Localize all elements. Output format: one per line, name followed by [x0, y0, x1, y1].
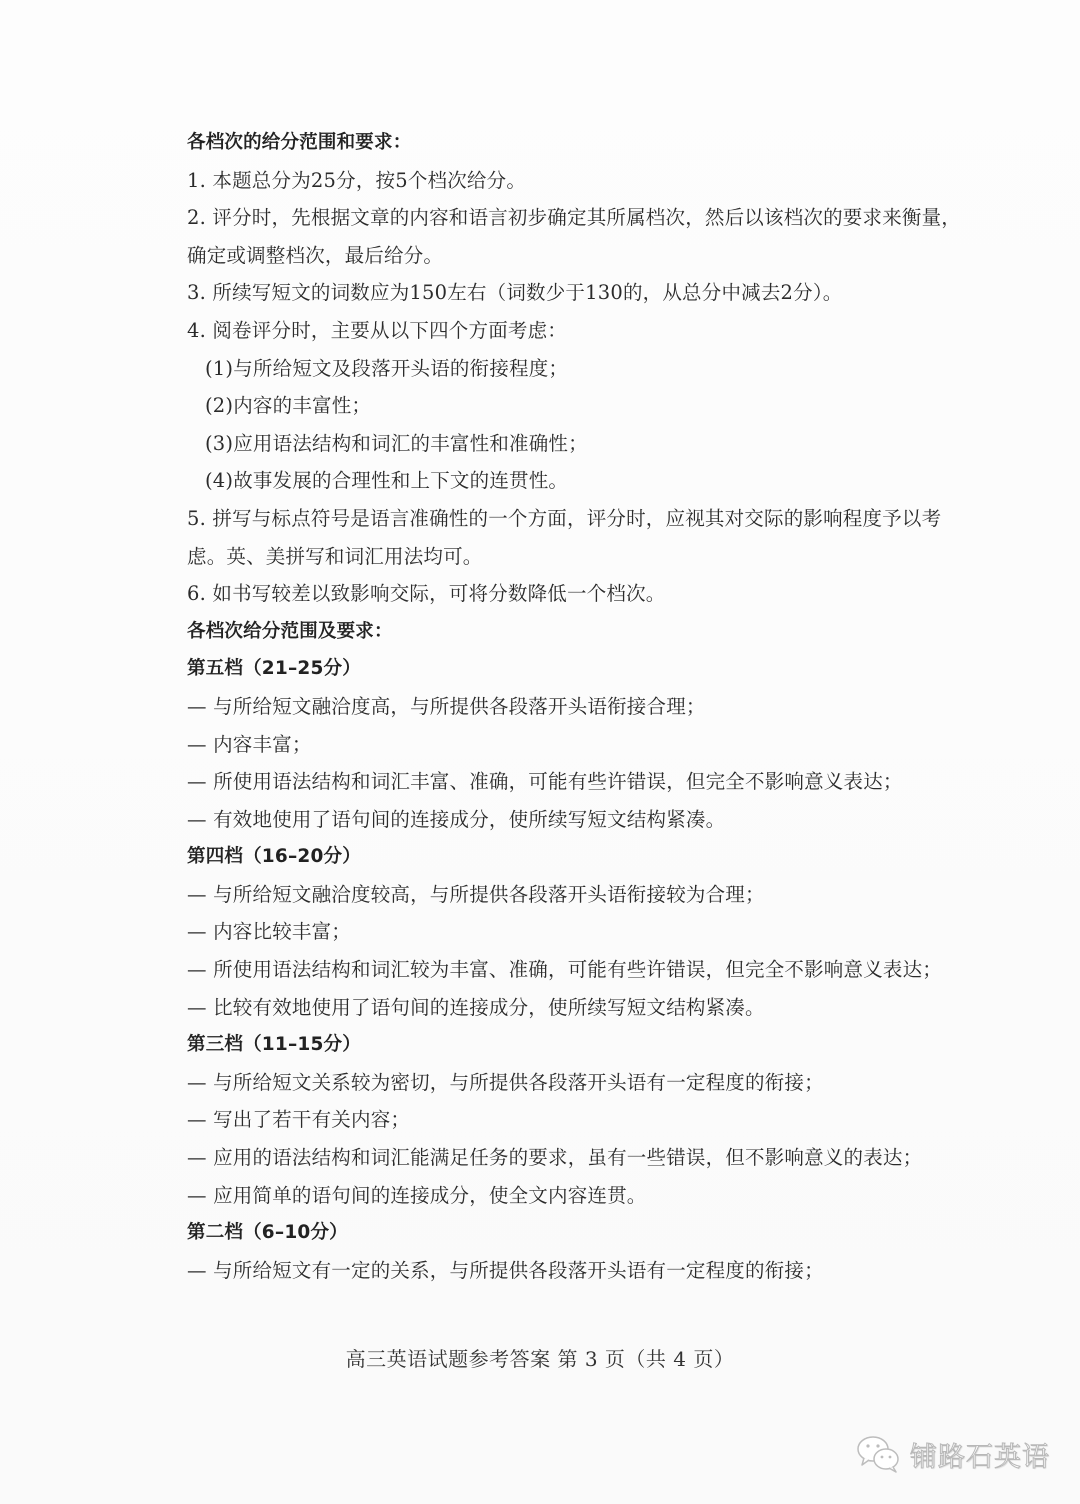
grade-criterion: — 写出了若干有关内容；: [187, 1101, 987, 1139]
rule-item-continuation: 确定或调整档次，最后给分。: [187, 237, 987, 275]
grade-criterion: — 应用简单的语句间的连接成分，使全文内容连贯。: [187, 1177, 987, 1215]
grade-criterion: — 有效地使用了语句间的连接成分，使所续写短文结构紧凑。: [187, 801, 987, 839]
rule-item: 4. 阅卷评分时，主要从以下四个方面考虑：: [187, 312, 987, 350]
grade-criterion: — 应用的语法结构和词汇能满足任务的要求，虽有一些错误，但不影响意义的表达；: [187, 1139, 987, 1177]
grade-criterion: — 所使用语法结构和词汇丰富、准确，可能有些许错误，但完全不影响意义表达；: [187, 763, 987, 801]
grade-criterion: — 与所给短文融洽度较高，与所提供各段落开头语衔接较为合理；: [187, 876, 987, 914]
grade-heading-4: 第四档（16–20分）: [187, 838, 987, 876]
sub-criterion: (3)应用语法结构和词汇的丰富性和准确性；: [187, 425, 987, 463]
rule-item-continuation: 虑。英、美拼写和词汇用法均可。: [187, 538, 987, 576]
grade-criterion: — 比较有效地使用了语句间的连接成分，使所续写短文结构紧凑。: [187, 989, 987, 1027]
document-body: 各档次的给分范围和要求： 1. 本题总分为25分，按5个档次给分。 2. 评分时…: [187, 124, 987, 1289]
page-footer: 高三英语试题参考答案 第 3 页（共 4 页）: [0, 1343, 1080, 1372]
wechat-icon: [856, 1434, 902, 1474]
rule-item: 5. 拼写与标点符号是语言准确性的一个方面，评分时，应视其对交际的影响程度予以考: [187, 500, 987, 538]
grade-criterion: — 与所给短文有一定的关系，与所提供各段落开头语有一定程度的衔接；: [187, 1252, 987, 1290]
sub-criterion: (2)内容的丰富性；: [187, 387, 987, 425]
grade-heading-3: 第三档（11–15分）: [187, 1026, 987, 1064]
grade-criterion: — 内容比较丰富；: [187, 913, 987, 951]
grade-criterion: — 与所给短文关系较为密切，与所提供各段落开头语有一定程度的衔接；: [187, 1064, 987, 1102]
grade-heading-2: 第二档（6–10分）: [187, 1214, 987, 1252]
grade-criterion: — 与所给短文融洽度高，与所提供各段落开头语衔接合理；: [187, 688, 987, 726]
grade-heading-5: 第五档（21–25分）: [187, 650, 987, 688]
sub-criterion: (4)故事发展的合理性和上下文的连贯性。: [187, 462, 987, 500]
sub-criterion: (1)与所给短文及段落开头语的衔接程度；: [187, 350, 987, 388]
watermark: 铺路石英语: [856, 1432, 1050, 1476]
section-heading: 各档次给分范围及要求：: [187, 613, 987, 651]
section-heading: 各档次的给分范围和要求：: [187, 124, 987, 162]
document-page: 各档次的给分范围和要求： 1. 本题总分为25分，按5个档次给分。 2. 评分时…: [0, 0, 1080, 1504]
rule-item: 6. 如书写较差以致影响交际，可将分数降低一个档次。: [187, 575, 987, 613]
grade-criterion: — 所使用语法结构和词汇较为丰富、准确，可能有些许错误，但完全不影响意义表达；: [187, 951, 987, 989]
rule-item: 3. 所续写短文的词数应为150左右（词数少于130的，从总分中减去2分）。: [187, 274, 987, 312]
rule-item: 2. 评分时，先根据文章的内容和语言初步确定其所属档次，然后以该档次的要求来衡量…: [187, 199, 987, 237]
grade-criterion: — 内容丰富；: [187, 726, 987, 764]
watermark-text: 铺路石英语: [910, 1435, 1050, 1474]
rule-item: 1. 本题总分为25分，按5个档次给分。: [187, 162, 987, 200]
